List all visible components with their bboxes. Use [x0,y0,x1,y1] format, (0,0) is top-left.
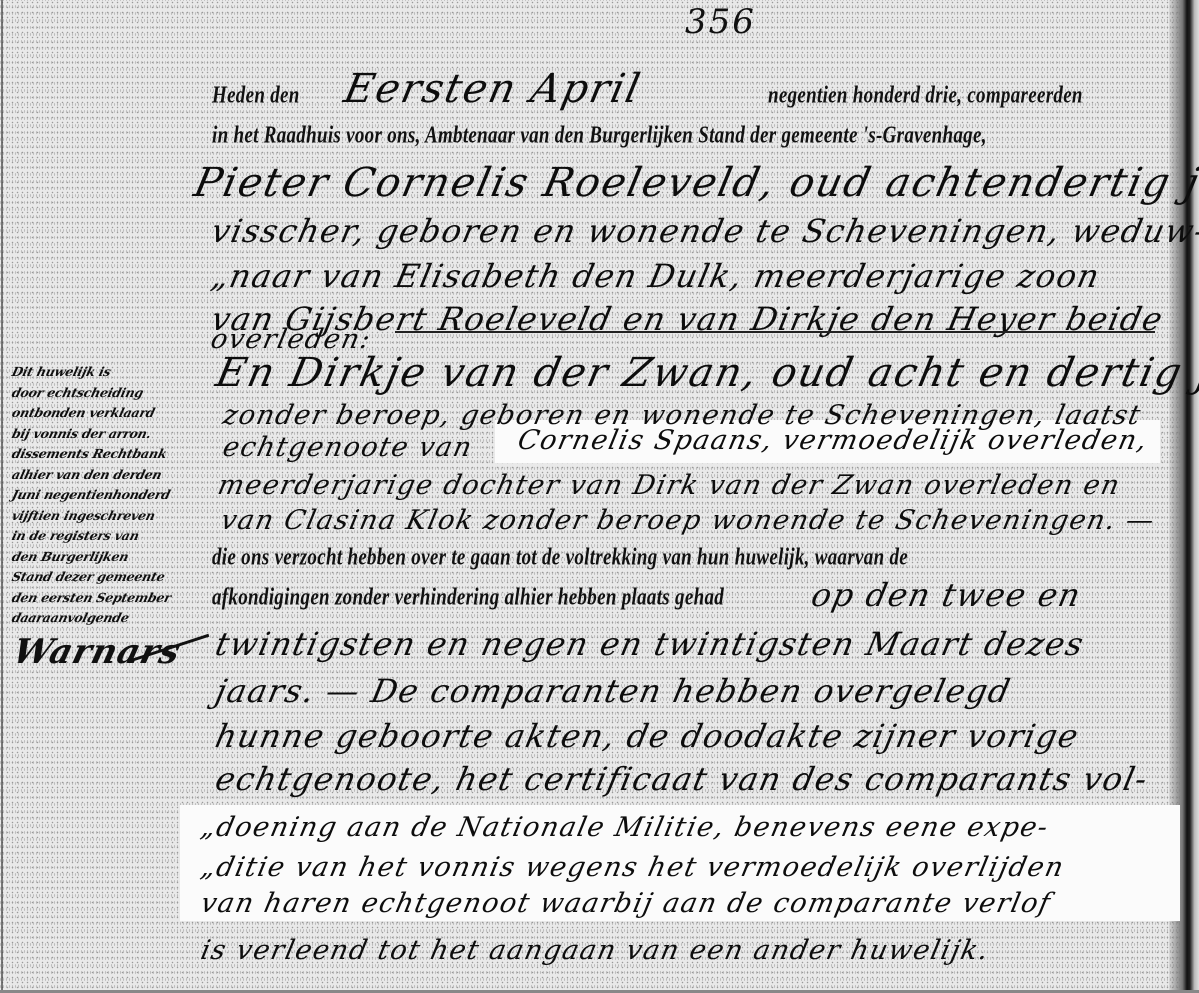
margin-note-line: den eersten September [9,588,219,609]
margin-note-line: alhier van den derden [9,465,219,486]
handwritten-line: meerderjarige dochter van Dirk van der Z… [215,470,1124,501]
margin-note-line: dissements Rechtbank [9,444,219,465]
handwritten-line: van haren echtgenoot waarbij aan de comp… [198,888,1054,919]
fill-rule [395,331,1155,333]
handwritten-line: jaars. — De comparanten hebben overgeleg… [212,672,1015,710]
margin-note-line: daaraanvolgende [9,608,219,629]
handwritten-line: „ditie van het vonnis wegens het vermoed… [198,852,1068,883]
handwritten-line: van Clasina Klok zonder beroep wonende t… [218,505,1158,536]
margin-note-line: Stand dezer gemeente [9,567,219,588]
handwritten-date: Eersten April [340,66,646,112]
margin-note-line: bij vonnis der arron. [9,424,219,445]
margin-note-line: den Burgerlijken [9,547,219,568]
groom-name-line: Pieter Cornelis Roeleveld, oud achtender… [190,160,1199,206]
margin-note-line: in de registers van [9,526,219,547]
handwritten-line: „naar van Elisabeth den Dulk, meerderjar… [208,257,1104,295]
margin-note-line: Dit huwelijk is [9,362,219,383]
margin-note-line: Juni negentienhonderd [9,485,219,506]
handwritten-line: is verleend tot het aangaan van een ande… [198,935,992,966]
handwritten-text: op den twee en [808,576,1085,614]
handwritten-line: echtgenoote van [220,432,476,463]
page-number: 356 [685,2,756,42]
left-margin-rule [1,0,3,993]
handwritten-line: „doening aan de Nationale Militie, benev… [198,812,1052,843]
margin-note-line: ontbonden verklaard [9,403,219,424]
overlay-correction: Cornelis Spaans, vermoedelijk overleden, [515,425,1151,456]
handwritten-line: visscher, geboren en wonende te Scheveni… [208,212,1199,250]
margin-note-line: door echtscheiding [9,383,219,404]
margin-note-line: vijftien ingeschreven [9,506,219,527]
printed-text: in het Raadhuis voor ons, Ambtenaar van … [212,123,987,151]
printed-text: die ons verzocht hebben over te gaan tot… [212,545,908,573]
handwritten-line: twintigsten en negen en twintigsten Maar… [212,625,1088,663]
margin-annotation-divorce: Dit huwelijk is door echtscheiding ontbo… [12,362,217,629]
printed-text: negentien honderd drie, compareerden [768,83,1083,111]
handwritten-line: echtgenoote, het certificaat van des com… [212,760,1152,798]
printed-text: afkondigingen zonder verhindering alhier… [212,585,724,613]
bride-name-line: En Dirkje van der Zwan, oud acht en dert… [212,350,1199,396]
handwritten-line: hunne geboorte akten, de doodakte zijner… [212,717,1083,755]
printed-text: Heden den [212,83,300,111]
